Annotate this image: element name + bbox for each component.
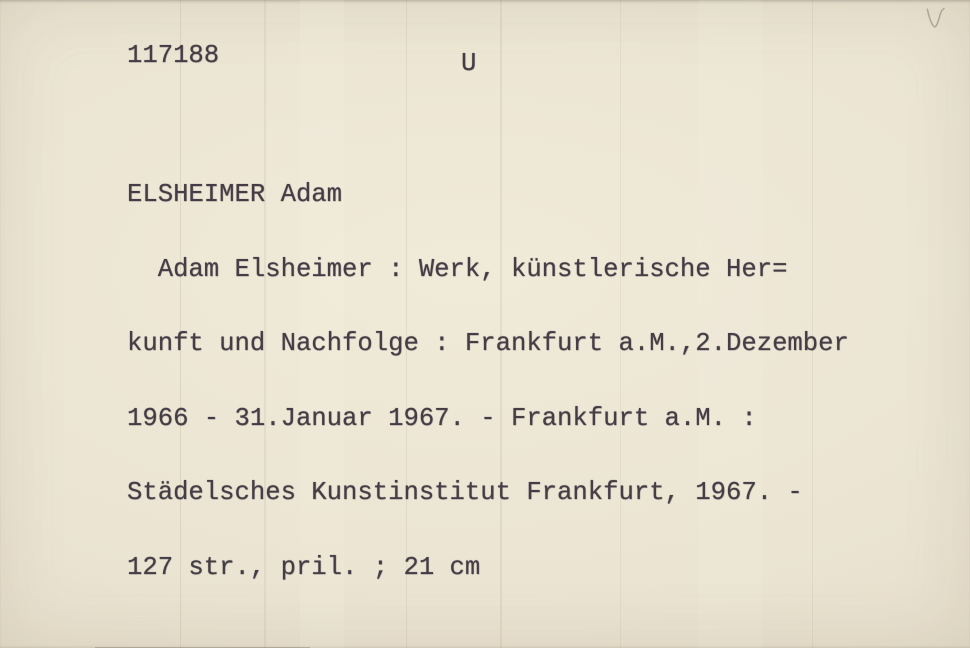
author-heading: ELSHEIMER Adam (127, 183, 849, 208)
catalog-card-scan: 117188 U ELSHEIMER Adam Adam Elsheimer :… (0, 0, 970, 648)
entry-line: Adam Elsheimer : Werk, künstlerische Her… (127, 258, 849, 283)
handwritten-checkmark-icon (925, 6, 948, 31)
entry-line: Städelsches Kunstinstitut Frankfurt, 196… (127, 481, 849, 506)
accession-number: 117188 (127, 43, 219, 68)
entry-line: kunft und Nachfolge : Frankfurt a.M.,2.D… (127, 332, 849, 357)
entry-line: 127 str., pril. ; 21 cm (127, 556, 849, 581)
bibliographic-entry: ELSHEIMER Adam Adam Elsheimer : Werk, kü… (127, 133, 849, 631)
classification-letter: U (461, 51, 476, 76)
entry-line: 1966 - 31.Januar 1967. - Frankfurt a.M. … (127, 407, 849, 432)
